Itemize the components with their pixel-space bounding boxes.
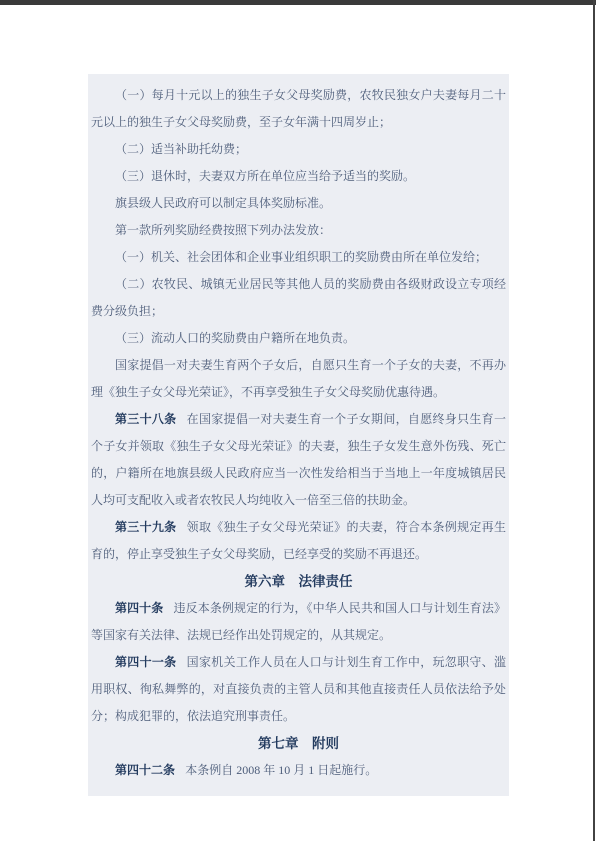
paragraph-text: （一）每月十元以上的独生子女父母奖励费，农牧民独女户夫妻每月二十元以上的独生子女… bbox=[91, 88, 506, 129]
article-number-lead: 第三十九条 bbox=[115, 520, 176, 534]
window-right-border bbox=[593, 0, 595, 841]
article-number-lead: 第四十一条 bbox=[115, 655, 176, 669]
paragraph-text: （一）机关、社会团体和企业事业组织职工的奖励费由所在单位发给； bbox=[115, 250, 487, 264]
page-viewport: （一）每月十元以上的独生子女父母奖励费，农牧民独女户夫妻每月二十元以上的独生子女… bbox=[0, 0, 596, 841]
paragraph-text: （三）流动人口的奖励费由户籍所在地负责。 bbox=[115, 331, 355, 345]
window-top-border bbox=[0, 0, 596, 5]
paragraph: 旗县级人民政府可以制定具体奖励标准。 bbox=[91, 190, 506, 217]
paragraph: 第四十二条本条例自 2008 年 10 月 1 日起施行。 bbox=[91, 757, 506, 784]
document-content: （一）每月十元以上的独生子女父母奖励费，农牧民独女户夫妻每月二十元以上的独生子女… bbox=[88, 74, 509, 796]
paragraph: 第四十一条国家机关工作人员在人口与计划生育工作中，玩忽职守、滥用职权、徇私舞弊的… bbox=[91, 649, 506, 730]
paragraph: （三）流动人口的奖励费由户籍所在地负责。 bbox=[91, 325, 506, 352]
article-number-lead: 第四十条 bbox=[115, 601, 163, 615]
paragraph: （二）农牧民、城镇无业居民等其他人员的奖励费由各级财政设立专项经费分级负担； bbox=[91, 271, 506, 325]
paragraph: （一）每月十元以上的独生子女父母奖励费，农牧民独女户夫妻每月二十元以上的独生子女… bbox=[91, 82, 506, 136]
paragraph: 第三十九条领取《独生子女父母光荣证》的夫妻，符合本条例规定再生育的，停止享受独生… bbox=[91, 514, 506, 568]
paragraph-text: 国家提倡一对夫妻生育两个子女后，自愿只生育一个子女的夫妻，不再办理《独生子女父母… bbox=[91, 358, 506, 399]
paragraph: 第三十八条在国家提倡一对夫妻生育一个子女期间，自愿终身只生育一个子女并领取《独生… bbox=[91, 406, 506, 514]
paragraph: （三）退休时，夫妻双方所在单位应当给予适当的奖励。 bbox=[91, 163, 506, 190]
paragraph-text: 第一款所列奖励经费按照下列办法发放： bbox=[115, 223, 331, 237]
paragraph: （一）机关、社会团体和企业事业组织职工的奖励费由所在单位发给； bbox=[91, 244, 506, 271]
paragraph-text: （三）退休时，夫妻双方所在单位应当给予适当的奖励。 bbox=[115, 169, 415, 183]
paragraph-text: （二）农牧民、城镇无业居民等其他人员的奖励费由各级财政设立专项经费分级负担； bbox=[91, 277, 506, 318]
paragraph-text: 在国家提倡一对夫妻生育一个子女期间，自愿终身只生育一个子女并领取《独生子女父母光… bbox=[91, 412, 506, 507]
article-number-lead: 第三十八条 bbox=[115, 412, 176, 426]
paragraph-text: （二）适当补助托幼费； bbox=[115, 142, 247, 156]
paragraph: （二）适当补助托幼费； bbox=[91, 136, 506, 163]
paragraph: 第四十条违反本条例规定的行为，《中华人民共和国人口与计划生育法》等国家有关法律、… bbox=[91, 595, 506, 649]
paragraph-text: 本条例自 2008 年 10 月 1 日起施行。 bbox=[185, 763, 377, 777]
chapter-heading: 第七章 附则 bbox=[91, 730, 506, 757]
article-number-lead: 第四十二条 bbox=[115, 763, 175, 777]
paragraph: 第一款所列奖励经费按照下列办法发放： bbox=[91, 217, 506, 244]
chapter-heading: 第六章 法律责任 bbox=[91, 568, 506, 595]
paragraph: 国家提倡一对夫妻生育两个子女后，自愿只生育一个子女的夫妻，不再办理《独生子女父母… bbox=[91, 352, 506, 406]
paragraph-text: 旗县级人民政府可以制定具体奖励标准。 bbox=[115, 196, 331, 210]
